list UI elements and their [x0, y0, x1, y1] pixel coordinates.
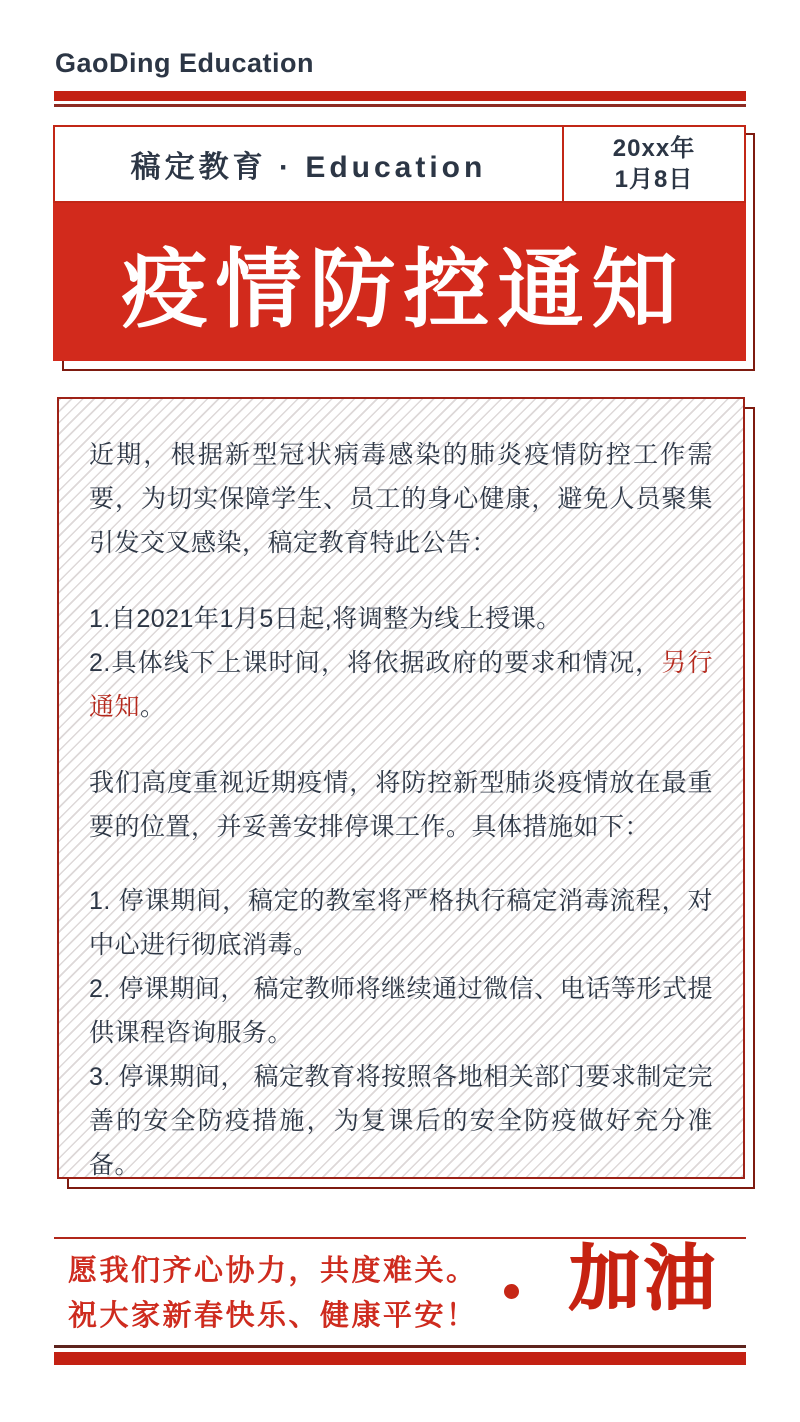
footer-divider — [54, 1237, 746, 1239]
announcement-item-2-period: 。 — [140, 693, 166, 721]
bottom-divider-thick — [54, 1352, 746, 1365]
measure-item-1: 1. 停课期间，稿定的教室将严格执行稿定消毒流程，对中心进行彻底消毒。 — [89, 879, 713, 967]
page-title: 疫情防控通知 — [114, 220, 686, 344]
footer-wishes: 愿我们齐心协力，共度难关。 祝大家新春快乐、健康平安！ — [68, 1249, 478, 1339]
top-divider-thick — [54, 91, 746, 101]
brand-name: GaoDing Education — [55, 48, 314, 79]
announcement-list: 1.自2021年1月5日起,将调整为线上授课。 2.具体线下上课时间，将依据政府… — [89, 597, 713, 729]
title-banner: 疫情防控通知 — [53, 203, 746, 361]
slogan-text: 加油 — [556, 1240, 732, 1320]
bullet-dot-icon — [504, 1284, 519, 1299]
bottom-divider-thin — [54, 1345, 746, 1348]
measures-list: 1. 停课期间，稿定的教室将严格执行稿定消毒流程，对中心进行彻底消毒。 2. 停… — [89, 879, 713, 1187]
notice-poster: GaoDing Education 稿定教育 · Education 20xx年… — [0, 0, 800, 1422]
notice-body: 近期，根据新型冠状病毒感染的肺炎疫情防控工作需要，为切实保障学生、员工的身心健康… — [57, 397, 745, 1179]
org-title: 稿定教育 · Education — [55, 127, 562, 201]
announcement-item-2-text: 2.具体线下上课时间，将依据政府的要求和情况， — [89, 649, 661, 677]
wish-line-2: 祝大家新春快乐、健康平安！ — [68, 1294, 478, 1339]
wish-line-1: 愿我们齐心协力，共度难关。 — [68, 1249, 478, 1294]
top-divider-thin — [54, 104, 746, 107]
date-box: 20xx年 1月8日 — [564, 127, 744, 201]
date-year: 20xx年 — [613, 133, 695, 164]
announcement-item-1: 1.自2021年1月5日起,将调整为线上授课。 — [89, 597, 713, 641]
intro-paragraph: 近期，根据新型冠状病毒感染的肺炎疫情防控工作需要，为切实保障学生、员工的身心健康… — [89, 433, 713, 565]
measure-item-3: 3. 停课期间， 稿定教育将按照各地相关部门要求制定完善的安全防疫措施，为复课后… — [89, 1055, 713, 1187]
announcement-item-2: 2.具体线下上课时间，将依据政府的要求和情况，另行通知。 — [89, 641, 713, 729]
measure-item-2: 2. 停课期间， 稿定教师将继续通过微信、电话等形式提供课程咨询服务。 — [89, 967, 713, 1055]
masthead: 稿定教育 · Education 20xx年 1月8日 — [53, 125, 746, 203]
measures-intro: 我们高度重视近期疫情，将防控新型肺炎疫情放在最重要的位置，并妥善安排停课工作。具… — [89, 761, 713, 849]
date-day: 1月8日 — [615, 164, 694, 195]
